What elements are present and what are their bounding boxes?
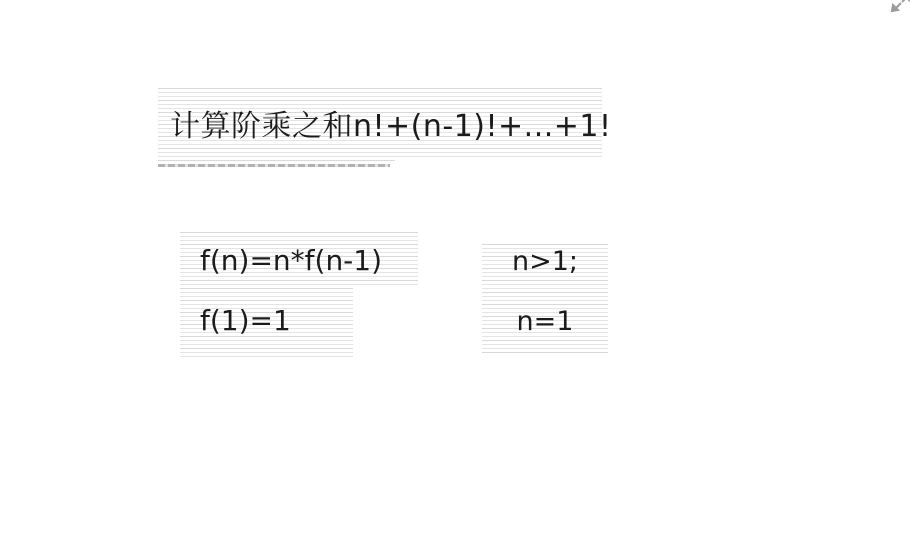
conditions-block: n>1; n=1 bbox=[482, 244, 608, 356]
base-case-formula-block: f(1)=1 bbox=[180, 288, 353, 358]
title-underline-texture bbox=[158, 160, 395, 168]
title-block: 计算阶乘之和n!+(n-1)!+...+1! bbox=[158, 88, 602, 158]
recursive-formula-block: f(n)=n*f(n-1) bbox=[180, 232, 418, 288]
slide-canvas: 计算阶乘之和n!+(n-1)!+...+1! f(n)=n*f(n-1) f(1… bbox=[0, 0, 917, 542]
expand-icon[interactable] bbox=[889, 0, 913, 14]
diagonal-resize-arrows-glyph bbox=[889, 0, 913, 14]
slide-title: 计算阶乘之和n!+(n-1)!+...+1! bbox=[170, 101, 612, 145]
base-condition-text: n=1 bbox=[517, 306, 574, 338]
base-case-formula-text: f(1)=1 bbox=[200, 304, 291, 337]
recursive-condition-text: n>1; bbox=[512, 246, 578, 278]
recursive-formula-text: f(n)=n*f(n-1) bbox=[200, 244, 382, 277]
